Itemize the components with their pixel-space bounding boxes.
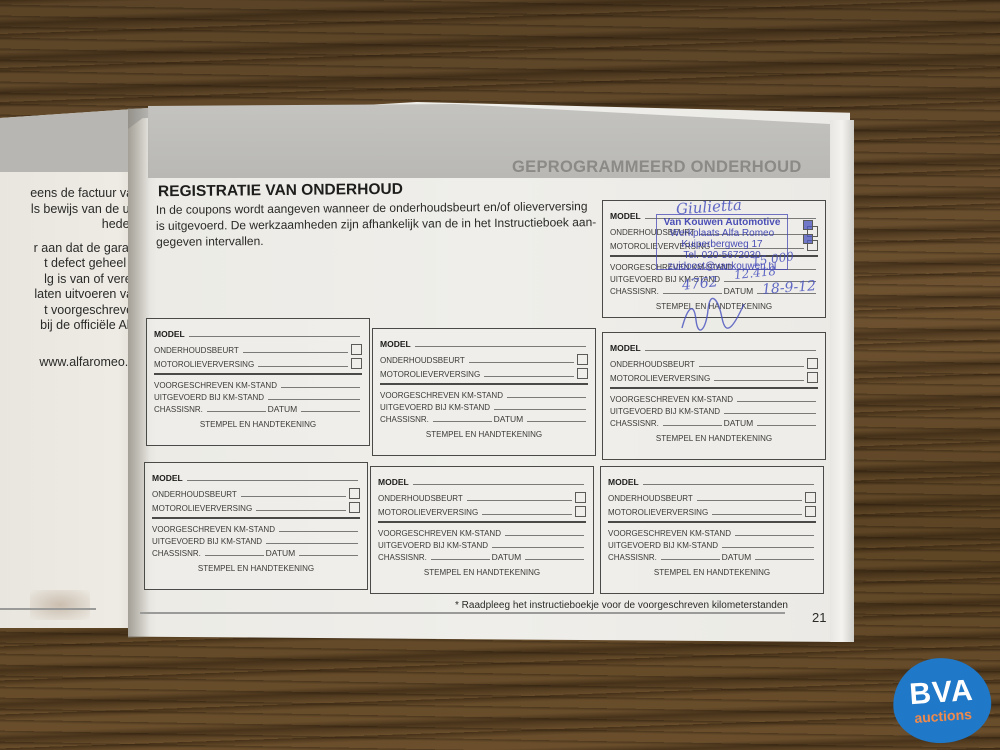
maintenance-coupon: MODELONDERHOUDSBEURTMOTOROLIEVERVERSINGV… (372, 328, 596, 456)
stamp-workshop: Werkplaats Alfa Romeo (657, 228, 787, 239)
logo-sub-text: auctions (914, 705, 973, 725)
page-edges (830, 120, 854, 642)
service-label: ONDERHOUDSBEURT (610, 360, 695, 369)
model-label: MODEL (378, 477, 409, 487)
prescribed-km-label: VOORGESCHREVEN KM-STAND (610, 395, 733, 404)
maintenance-coupon: MODELONDERHOUDSBEURTMOTOROLIEVERVERSINGV… (144, 462, 368, 590)
chassis-label: CHASSISNR. (380, 415, 429, 424)
intro-text: In de coupons wordt aangeven wanneer de … (156, 198, 598, 250)
date-label: DATUM (266, 548, 296, 558)
bottom-rule (140, 612, 785, 614)
oil-change-checkbox-checked (803, 234, 813, 244)
chassis-label: CHASSISNR. (154, 405, 203, 414)
left-text-line: ls bewijs van de uit- (0, 202, 140, 218)
left-text-line: t voorgeschreven (0, 303, 140, 319)
stamp-address: Kuiperbergweg 17 (657, 239, 787, 250)
date-label: DATUM (724, 418, 754, 428)
oil-change-label: MOTOROLIEVERVERSING (608, 508, 708, 517)
oil-change-label: MOTOROLIEVERVERSING (378, 508, 478, 517)
actual-km-label: UITGEVOERD BIJ KM-STAND (154, 393, 264, 402)
service-checkbox[interactable] (349, 488, 360, 499)
prescribed-km-label: VOORGESCHREVEN KM-STAND (154, 381, 277, 390)
footnote: * Raadpleeg het instructieboekje voor de… (455, 600, 788, 611)
left-text-line: heden. (0, 217, 140, 233)
stamp-signature-label: STEMPEL EN HANDTEKENING (154, 420, 362, 429)
coupon-divider (154, 373, 362, 375)
actual-km-label: UITGEVOERD BIJ KM-STAND (608, 541, 718, 550)
stamp-signature-label: STEMPEL EN HANDTEKENING (152, 564, 360, 573)
left-page-rule (0, 608, 96, 610)
prescribed-km-label: VOORGESCHREVEN KM-STAND (152, 525, 275, 534)
coupon-divider (610, 387, 818, 389)
left-page-text: eens de factuur van ls bewijs van de uit… (0, 186, 140, 334)
oil-change-label: MOTOROLIEVERVERSING (154, 360, 254, 369)
oil-change-checkbox[interactable] (575, 506, 586, 517)
website-url: www.alfaromeo.nl (0, 355, 138, 369)
chassis-label: CHASSISNR. (610, 419, 659, 428)
date-label: DATUM (268, 404, 298, 414)
prescribed-km-label: VOORGESCHREVEN KM-STAND (608, 529, 731, 538)
prescribed-km-label: VOORGESCHREVEN KM-STAND (378, 529, 501, 538)
stamp-signature-label: STEMPEL EN HANDTEKENING (608, 568, 816, 577)
left-text-line: t defect geheel of (0, 256, 140, 272)
maintenance-coupon: MODELONDERHOUDSBEURTMOTOROLIEVERVERSINGV… (146, 318, 370, 446)
signature-scribble (678, 296, 748, 332)
oil-change-checkbox[interactable] (349, 502, 360, 513)
service-label: ONDERHOUDSBEURT (380, 356, 465, 365)
date-label: DATUM (724, 286, 754, 296)
chassis-label: CHASSISNR. (608, 553, 657, 562)
logo-brand-text: BVA (908, 675, 974, 709)
service-label: ONDERHOUDSBEURT (378, 494, 463, 503)
left-text-line: eens de factuur van (0, 186, 140, 202)
chassis-label: CHASSISNR. (610, 287, 659, 296)
prescribed-km-label: VOORGESCHREVEN KM-STAND (380, 391, 503, 400)
coupon-divider (152, 517, 360, 519)
chassis-label: CHASSISNR. (152, 549, 201, 558)
model-label: MODEL (608, 477, 639, 487)
page-heading: REGISTRATIE VAN ONDERHOUD (158, 181, 403, 202)
left-page-header-band (0, 108, 148, 172)
oil-change-checkbox[interactable] (577, 368, 588, 379)
service-checkbox[interactable] (577, 354, 588, 365)
stamp-signature-label: STEMPEL EN HANDTEKENING (380, 430, 588, 439)
service-checkbox[interactable] (805, 492, 816, 503)
left-text-line: r aan dat de garan- (0, 241, 140, 257)
maintenance-coupon: MODELONDERHOUDSBEURTMOTOROLIEVERVERSINGV… (602, 332, 826, 460)
oil-change-label: MOTOROLIEVERVERSING (610, 374, 710, 383)
service-checkbox[interactable] (351, 344, 362, 355)
date-label: DATUM (494, 414, 524, 424)
actual-km-label: UITGEVOERD BIJ KM-STAND (152, 537, 262, 546)
page-number: 21 (812, 610, 826, 625)
stamp-signature-label: STEMPEL EN HANDTEKENING (610, 434, 818, 443)
left-text-line: lg is van of verer- (0, 272, 140, 288)
coupon-divider (380, 383, 588, 385)
left-text-line: bij de officiële Alfa (0, 318, 140, 334)
stamp-dealer-name: Van Kouwen Automotive (657, 217, 787, 228)
service-checkbox[interactable] (575, 492, 586, 503)
oil-change-label: MOTOROLIEVERVERSING (152, 504, 252, 513)
maintenance-coupon: MODELONDERHOUDSBEURTMOTOROLIEVERVERSINGV… (370, 466, 594, 594)
page-smudge (30, 590, 90, 620)
service-label: ONDERHOUDSBEURT (154, 346, 239, 355)
oil-change-checkbox[interactable] (351, 358, 362, 369)
actual-km-label: UITGEVOERD BIJ KM-STAND (380, 403, 490, 412)
chassis-label: CHASSISNR. (378, 553, 427, 562)
coupon-divider (608, 521, 816, 523)
service-checkbox[interactable] (807, 358, 818, 369)
model-label: MODEL (380, 339, 411, 349)
date-label: DATUM (722, 552, 752, 562)
actual-km-label: UITGEVOERD BIJ KM-STAND (378, 541, 488, 550)
maintenance-coupon: MODELONDERHOUDSBEURTMOTOROLIEVERVERSINGV… (600, 466, 824, 594)
service-label: ONDERHOUDSBEURT (608, 494, 693, 503)
model-label: MODEL (152, 473, 183, 483)
section-title: GEPROGRAMMEERD ONDERHOUD (512, 158, 802, 177)
stamp-signature-label: STEMPEL EN HANDTEKENING (378, 568, 586, 577)
bva-auctions-logo: BVA auctions (890, 655, 994, 747)
service-checkbox-checked (803, 220, 813, 230)
oil-change-label: MOTOROLIEVERVERSING (380, 370, 480, 379)
actual-km-label: UITGEVOERD BIJ KM-STAND (610, 407, 720, 416)
left-text-line: laten uitvoeren van (0, 287, 140, 303)
date-label: DATUM (492, 552, 522, 562)
oil-change-checkbox[interactable] (807, 372, 818, 383)
model-label: MODEL (610, 211, 641, 221)
model-label: MODEL (154, 329, 185, 339)
service-label: ONDERHOUDSBEURT (152, 490, 237, 499)
model-label: MODEL (610, 343, 641, 353)
oil-change-checkbox[interactable] (805, 506, 816, 517)
coupon-divider (378, 521, 586, 523)
